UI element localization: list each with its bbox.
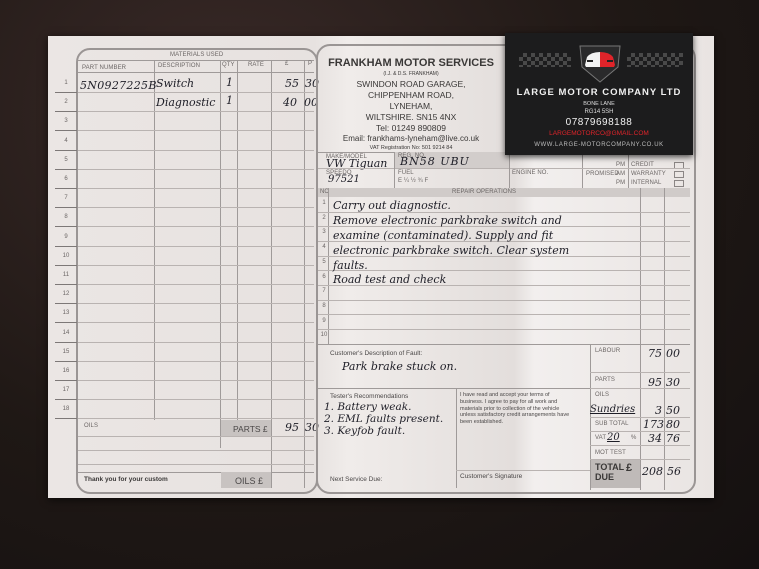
repair-line-1: Carry out diagnostic. xyxy=(333,199,451,212)
row-divider xyxy=(55,226,77,227)
vat-rate: 20 xyxy=(607,432,620,443)
row-number: 12 xyxy=(58,291,74,297)
table-row xyxy=(78,246,314,247)
signature-label: Customer's Signature xyxy=(460,473,522,480)
repairs-title: REPAIR OPERATIONS xyxy=(452,189,516,195)
pm-label-2: pm xyxy=(616,180,625,186)
row-divider xyxy=(55,169,77,170)
sundries-pence: 50 xyxy=(666,404,680,417)
repair-row xyxy=(318,314,690,315)
warranty-checkbox[interactable] xyxy=(674,171,684,178)
sundries-label: Sundries xyxy=(590,404,635,415)
repair-line-number: 5 xyxy=(320,259,328,265)
row-divider xyxy=(55,150,77,151)
materials-oils-label: OILS xyxy=(84,423,98,429)
table-row xyxy=(78,150,314,151)
company-owners: (I.J. & D.S. FRANKHAM) xyxy=(318,71,504,77)
row-number: 3 xyxy=(58,118,74,124)
row1-pounds: 55 xyxy=(285,77,299,90)
table-row xyxy=(78,111,314,112)
materials-title: MATERIALS USED xyxy=(170,52,223,58)
row-number: 5 xyxy=(58,157,74,163)
row-divider xyxy=(55,246,77,247)
card-phone: 07879698188 xyxy=(505,117,693,128)
row-number: 6 xyxy=(58,176,74,182)
materials-frame xyxy=(76,48,318,494)
row-number: 1 xyxy=(58,80,74,86)
row-divider xyxy=(55,188,77,189)
col-qty: QTY xyxy=(222,62,235,68)
card-company-name: LARGE MOTOR COMPANY LTD xyxy=(505,87,693,98)
row-divider xyxy=(55,284,77,285)
total-due-label-2: DUE xyxy=(595,472,614,482)
labour-pounds: 75 xyxy=(648,347,662,360)
row-divider xyxy=(55,380,77,381)
fault-label: Customer's Description of Fault: xyxy=(330,350,422,357)
table-row xyxy=(78,303,314,304)
terms-text: I have read and accept your terms of bus… xyxy=(460,392,572,426)
parts-total-pounds: 95 xyxy=(285,421,299,434)
row-divider xyxy=(55,265,77,266)
row-number: 14 xyxy=(58,330,74,336)
row-divider xyxy=(55,322,77,323)
sundries-pounds: 3 xyxy=(655,404,662,417)
col-pence: p xyxy=(308,61,312,67)
subtotal-pence: 80 xyxy=(666,418,680,431)
company-email: Email: frankhams-lyneham@live.co.uk xyxy=(318,134,504,143)
card-street: BONE LANE xyxy=(505,101,693,107)
col-part-number: PART NUMBER xyxy=(82,65,126,71)
repair-row xyxy=(318,329,690,330)
row-divider xyxy=(55,399,77,400)
row-number: 15 xyxy=(58,349,74,355)
total-due-pounds: 208 xyxy=(642,465,663,478)
repair-line-number: 2 xyxy=(320,215,328,221)
row-divider xyxy=(55,92,77,93)
row-divider xyxy=(55,418,77,419)
car-shield-logo-icon xyxy=(577,43,623,83)
business-card: LARGE MOTOR COMPANY LTD BONE LANE RG14 5… xyxy=(505,33,693,155)
speedo-value: 97521 xyxy=(328,174,360,185)
subtotal-label: SUB TOTAL xyxy=(595,421,629,427)
table-row xyxy=(78,226,314,227)
table-row xyxy=(78,322,314,323)
repair-line-3: examine (contaminated). Supply and fit xyxy=(333,229,553,242)
total-due-label-1: TOTAL xyxy=(595,462,624,472)
tester-item-3: 3. Keyfob fault. xyxy=(324,425,405,437)
repair-line-number: 6 xyxy=(320,274,328,280)
thank-you-text: Thank you for your custom xyxy=(84,476,168,483)
card-website: WWW.LARGE-MOTORCOMPANY.CO.UK xyxy=(505,142,693,148)
fuel-label: FUEL xyxy=(398,170,414,176)
internal-label: INTERNAL xyxy=(631,180,661,186)
company-address-4: WILTSHIRE. SN15 4NX xyxy=(318,112,504,122)
table-row xyxy=(78,399,314,400)
oils-label: OILS xyxy=(595,392,609,398)
vat-label: VAT xyxy=(595,435,606,441)
fuel-scale: E ¼ ½ ¾ F xyxy=(398,178,428,184)
vat-pence: 76 xyxy=(666,432,680,445)
row-number: 18 xyxy=(58,406,74,412)
repair-line-number: 9 xyxy=(320,318,328,324)
warranty-label: WARRANTY xyxy=(631,171,666,177)
row2-qty: 1 xyxy=(226,94,233,107)
company-address-1: SWINDON ROAD GARAGE, xyxy=(318,79,504,89)
total-due-pence: 56 xyxy=(667,465,681,478)
table-row xyxy=(78,380,314,381)
row-number: 11 xyxy=(58,272,74,278)
row-number: 17 xyxy=(58,387,74,393)
table-row xyxy=(78,361,314,362)
row1-qty: 1 xyxy=(226,76,233,89)
mot-test-label: MOT TEST xyxy=(595,450,626,456)
table-row xyxy=(78,92,314,93)
col-description: DESCRIPTION xyxy=(158,63,200,69)
company-address-3: LYNEHAM, xyxy=(318,101,504,111)
subtotal-pounds: 173 xyxy=(643,418,664,431)
table-row xyxy=(78,130,314,131)
row-number: 7 xyxy=(58,195,74,201)
row-divider xyxy=(55,361,77,362)
repair-line-number: 4 xyxy=(320,244,328,250)
row-divider xyxy=(55,207,77,208)
tester-item-2: 2. EML faults present. xyxy=(324,413,443,425)
card-email: LARGEMOTORCO@GMAIL.COM xyxy=(505,130,693,137)
labour-label: LABOUR xyxy=(595,348,620,354)
repair-row xyxy=(318,270,690,271)
company-name: FRANKHAM MOTOR SERVICES xyxy=(318,57,504,69)
company-address-2: CHIPPENHAM ROAD, xyxy=(318,90,504,100)
repair-line-number: 3 xyxy=(320,229,328,235)
row-number: 9 xyxy=(58,234,74,240)
row-divider xyxy=(55,303,77,304)
repair-line-number: 1 xyxy=(320,200,328,206)
row-divider xyxy=(55,130,77,131)
repair-line-number: 10 xyxy=(320,332,328,338)
row-number: 8 xyxy=(58,214,74,220)
repair-line-5: faults. xyxy=(333,259,368,272)
table-row xyxy=(78,207,314,208)
signature-field[interactable] xyxy=(458,480,588,488)
table-row xyxy=(78,284,314,285)
row-divider xyxy=(55,111,77,112)
row1-description: Switch xyxy=(156,77,194,90)
parts-label: PARTS xyxy=(595,377,615,383)
promised-label: Promised xyxy=(586,171,619,177)
row-divider xyxy=(55,342,77,343)
col-rate: RATE xyxy=(248,62,264,68)
table-row xyxy=(78,342,314,343)
row-number: 13 xyxy=(58,310,74,316)
row2-pounds: 40 xyxy=(283,96,297,109)
repair-line-6: Road test and check xyxy=(333,273,446,286)
fault-text: Park brake stuck on. xyxy=(342,360,457,373)
table-row xyxy=(78,169,314,170)
row2-description: Diagnostic xyxy=(156,96,215,109)
repair-row xyxy=(318,300,690,301)
tester-label: Tester's Recommendations xyxy=(330,393,408,400)
oils-total-label: OILS £ xyxy=(235,476,263,486)
tester-item-1: 1. Battery weak. xyxy=(324,401,411,413)
vat-pct: % xyxy=(631,435,636,441)
row-number: 4 xyxy=(58,138,74,144)
row1-part-number: 5N0927225B xyxy=(80,79,157,92)
am-label: am xyxy=(616,171,625,177)
row-number: 10 xyxy=(58,253,74,259)
engine-label: ENGINE No. xyxy=(512,170,548,176)
table-row xyxy=(78,418,314,419)
parts-total-label: PARTS £ xyxy=(233,424,268,434)
repair-line-number: 7 xyxy=(320,288,328,294)
card-postcode: RG14 5SH xyxy=(505,109,693,115)
internal-checkbox[interactable] xyxy=(674,180,684,187)
labour-pence: 00 xyxy=(666,347,680,360)
repair-line-number: 8 xyxy=(320,303,328,309)
table-row xyxy=(78,265,314,266)
repair-line-4: electronic parkbrake switch. Clear syste… xyxy=(333,244,569,257)
repair-line-2: Remove electronic parkbrake switch and xyxy=(333,214,562,227)
total-currency: £ xyxy=(626,462,632,474)
vat-pounds: 34 xyxy=(648,432,662,445)
company-tel: Tel: 01249 890809 xyxy=(318,123,504,133)
table-row xyxy=(78,188,314,189)
reg-value: BN58 UBU xyxy=(400,155,470,168)
company-vat: VAT Registration No: 501 9214 84 xyxy=(318,145,504,151)
row-number: 2 xyxy=(58,99,74,105)
col-pounds: £ xyxy=(285,61,288,67)
next-service-label: Next Service Due: xyxy=(330,476,382,483)
row-number: 16 xyxy=(58,368,74,374)
